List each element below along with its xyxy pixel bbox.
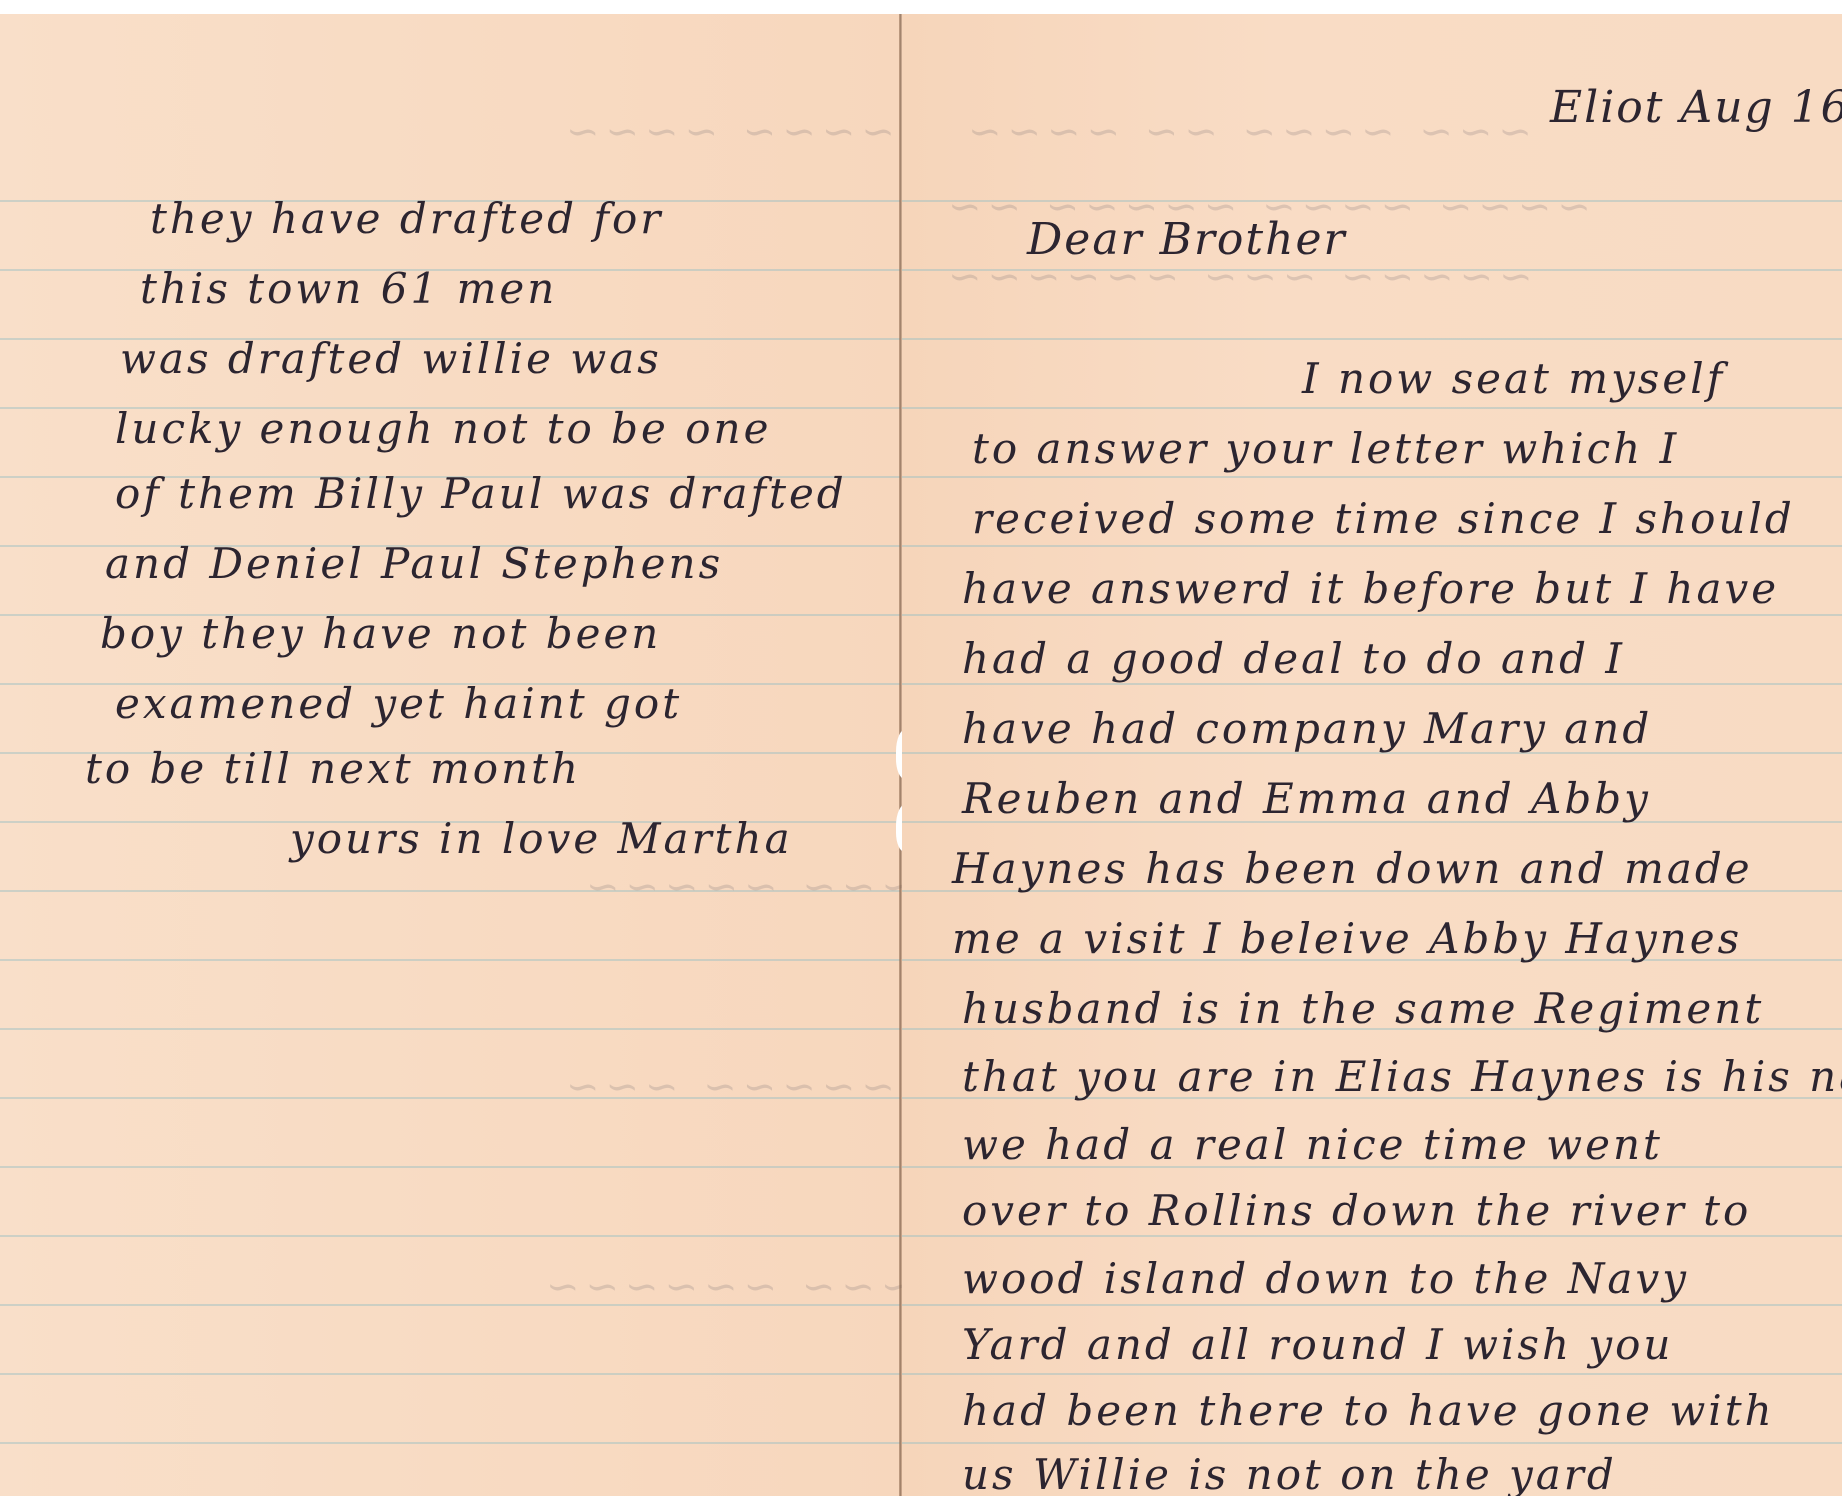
letter-line: over to Rollins down the river to <box>962 1186 1751 1235</box>
bleed-through-text: ~~~ ~~~~ ~~ ~~~~ <box>962 109 1532 155</box>
letter-closing-signature: yours in love Martha <box>290 814 793 863</box>
letter-line: Haynes has been down and made <box>952 844 1753 893</box>
letter-line: to be till next month <box>85 744 581 793</box>
right-page: ~~~ ~~~~ ~~ ~~~~ ~~~~ ~~~~ ~~~~~ ~~ ~~~~… <box>902 14 1842 1496</box>
left-page: ~~ ~~~~~ ~~~~ ~~~~~ ~~~ ~~~~~ ~~~ ~~~~~~… <box>0 14 900 1496</box>
letter-line: wood island down to the Navy <box>962 1254 1689 1303</box>
letter-line: that you are in Elias Haynes is his name <box>962 1052 1842 1101</box>
letter-line: boy they have not been <box>100 609 661 658</box>
letter-line: was drafted willie was <box>120 334 662 383</box>
letter-line: us Willie is not on the yard <box>962 1450 1617 1496</box>
letter-line: Yard and all round I wish you <box>962 1320 1673 1369</box>
letter-line: and Deniel Paul Stephens <box>105 539 723 588</box>
letter-line: had a good deal to do and I <box>962 634 1625 683</box>
letter-line: we had a real nice time went <box>962 1120 1663 1169</box>
letter-line: have answerd it before but I have <box>962 564 1779 613</box>
letter-sheet: ~~ ~~~~~ ~~~~ ~~~~~ ~~~ ~~~~~ ~~~ ~~~~~~… <box>0 14 1842 1496</box>
salutation: Dear Brother <box>1027 214 1347 265</box>
letter-line: Reuben and Emma and Abby <box>962 774 1651 823</box>
letter-line: received some time since I should <box>972 494 1795 543</box>
letter-line: lucky enough not to be one <box>115 404 771 453</box>
letter-line: to answer your letter which I <box>972 424 1679 473</box>
letter-line: husband is in the same Regiment <box>962 984 1764 1033</box>
letter-line: had been there to have gone with <box>962 1386 1775 1435</box>
letter-line: have had company Mary and <box>962 704 1652 753</box>
letter-line: examened yet haint got <box>115 679 682 728</box>
letter-line: I now seat myself <box>1302 354 1725 403</box>
place-and-date: Eliot Aug 16 <box>1550 82 1842 133</box>
letter-line: they have drafted for <box>150 194 663 243</box>
letter-line: me a visit I beleive Abby Haynes <box>952 914 1742 963</box>
letter-line: of them Billy Paul was drafted <box>115 469 847 518</box>
letter-line: this town 61 men <box>140 264 557 313</box>
